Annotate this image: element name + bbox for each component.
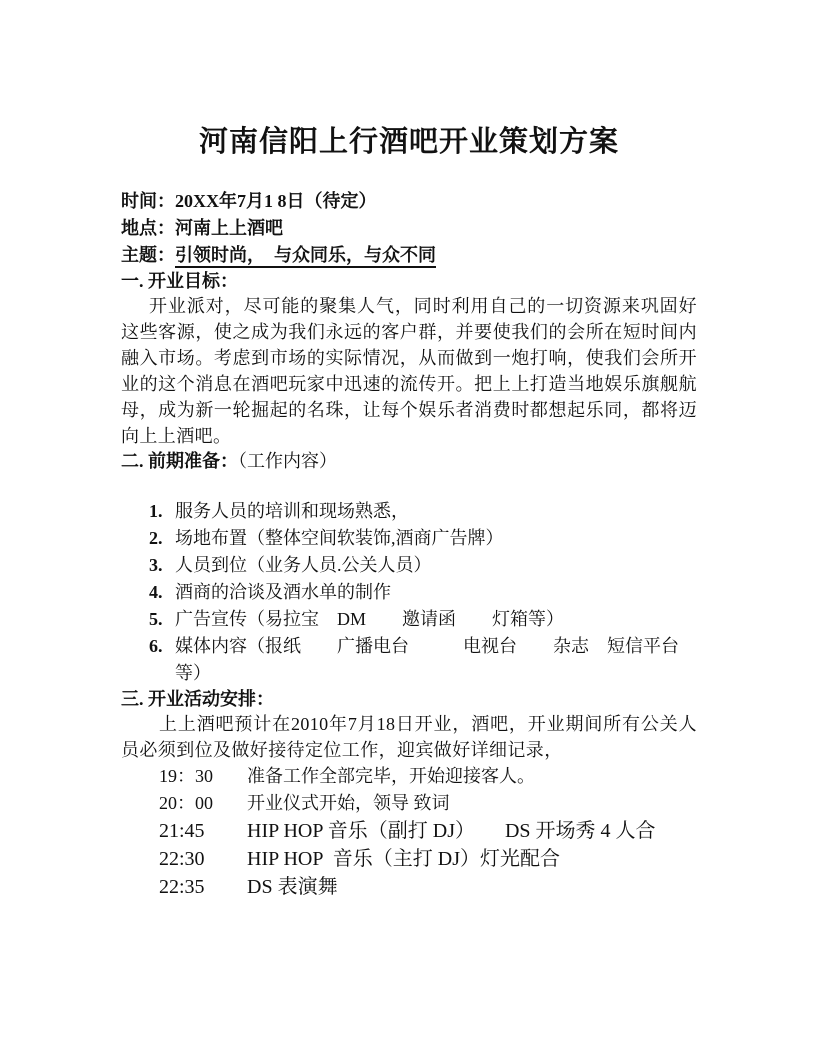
section-heading-opening-goal: 一. 开业目标： [121, 269, 697, 293]
opening-goal-paragraph: 开业派对，尽可能的聚集人气，同时利用自己的一切资源来巩固好这些客源，使之成为我们… [121, 293, 697, 449]
schedule-time: 19：30 [159, 763, 247, 790]
schedule-time: 21:45 [159, 817, 247, 845]
preparation-heading-note: （工作内容） [238, 451, 337, 471]
schedule-row: 20：00开业仪式开始，领导 致词 [121, 790, 697, 817]
meta-location-label: 地点： [121, 218, 175, 238]
item-number: 6. [149, 633, 175, 687]
item-text: 酒商的洽谈及酒水单的制作 [175, 579, 697, 606]
item-text: 媒体内容（报纸 广播电台 电视台 杂志 短信平台等） [175, 633, 697, 687]
meta-time-row: 时间：20XX年7月1 8日（待定） [121, 188, 697, 215]
item-number: 2. [149, 525, 175, 552]
meta-block: 时间：20XX年7月1 8日（待定） 地点：河南上上酒吧 主题：引领时尚， 与众… [121, 188, 697, 269]
meta-theme-row: 主题：引领时尚， 与众同乐，与众不同 [121, 242, 697, 269]
meta-theme-value: 引领时尚， 与众同乐，与众不同 [175, 245, 436, 268]
section-heading-activity-schedule: 三. 开业活动安排： [121, 687, 697, 711]
item-text: 服务人员的培训和现场熟悉， [175, 498, 697, 525]
meta-location-row: 地点：河南上上酒吧 [121, 215, 697, 242]
schedule: 19：30准备工作全部完毕，开始迎接客人。 20：00开业仪式开始，领导 致词 … [121, 763, 697, 901]
preparation-heading-text: 二. 前期准备： [121, 451, 238, 471]
schedule-desc: 开业仪式开始，领导 致词 [247, 790, 697, 817]
meta-theme-label: 主题： [121, 245, 175, 265]
item-text: 场地布置（整体空间软装饰,酒商广告牌） [175, 525, 697, 552]
list-item: 1.服务人员的培训和现场熟悉， [149, 498, 697, 525]
meta-time-value: 20XX年7月1 8日（待定） [175, 191, 377, 211]
item-number: 5. [149, 606, 175, 633]
list-item: 6.媒体内容（报纸 广播电台 电视台 杂志 短信平台等） [149, 633, 697, 687]
meta-time-label: 时间： [121, 191, 175, 211]
schedule-desc: HIP HOP 音乐（副打 DJ） DS 开场秀 4 人合 [247, 817, 697, 845]
document-page: 河南信阳上行酒吧开业策划方案 时间：20XX年7月1 8日（待定） 地点：河南上… [0, 0, 816, 1056]
document-title: 河南信阳上行酒吧开业策划方案 [121, 124, 697, 160]
list-item: 5.广告宣传（易拉宝 DM 邀请函 灯箱等） [149, 606, 697, 633]
section-heading-preparation: 二. 前期准备：（工作内容） [121, 449, 697, 473]
schedule-desc: DS 表演舞 [247, 873, 697, 901]
list-item: 4.酒商的洽谈及酒水单的制作 [149, 579, 697, 606]
list-item: 3.人员到位（业务人员.公关人员） [149, 552, 697, 579]
schedule-time: 22:35 [159, 873, 247, 901]
schedule-time: 22:30 [159, 845, 247, 873]
activity-intro-paragraph: 上上酒吧预计在2010年7月18日开业，酒吧，开业期间所有公关人员必须到位及做好… [121, 711, 697, 763]
list-item: 2.场地布置（整体空间软装饰,酒商广告牌） [149, 525, 697, 552]
item-number: 3. [149, 552, 175, 579]
preparation-list: 1.服务人员的培训和现场熟悉， 2.场地布置（整体空间软装饰,酒商广告牌） 3.… [149, 498, 697, 687]
schedule-row: 21:45HIP HOP 音乐（副打 DJ） DS 开场秀 4 人合 [121, 817, 697, 845]
schedule-row: 19：30准备工作全部完毕，开始迎接客人。 [121, 763, 697, 790]
item-number: 1. [149, 498, 175, 525]
meta-location-value: 河南上上酒吧 [175, 218, 283, 238]
item-number: 4. [149, 579, 175, 606]
schedule-row: 22:35DS 表演舞 [121, 873, 697, 901]
schedule-desc: 准备工作全部完毕，开始迎接客人。 [247, 763, 697, 790]
schedule-row: 22:30HIP HOP 音乐（主打 DJ）灯光配合 [121, 845, 697, 873]
schedule-time: 20：00 [159, 790, 247, 817]
item-text: 人员到位（业务人员.公关人员） [175, 552, 697, 579]
schedule-desc: HIP HOP 音乐（主打 DJ）灯光配合 [247, 845, 697, 873]
item-text: 广告宣传（易拉宝 DM 邀请函 灯箱等） [175, 606, 697, 633]
